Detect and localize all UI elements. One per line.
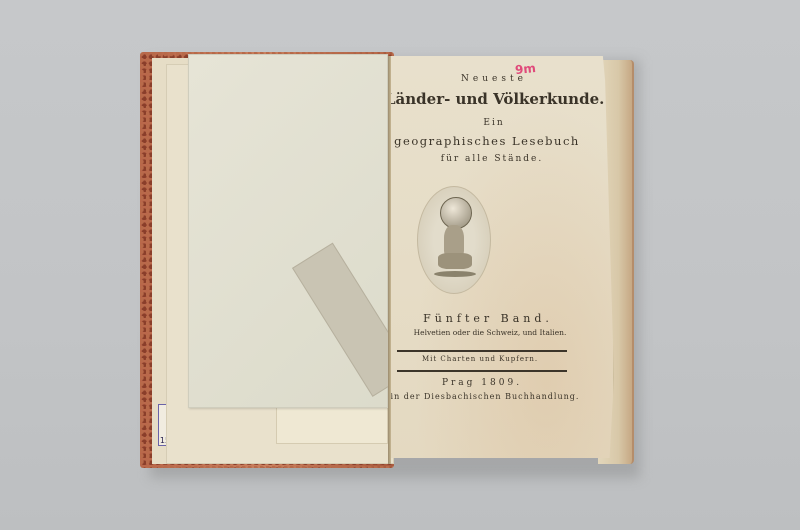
- atlas-base: [434, 271, 476, 277]
- audience-line: für alle Stände.: [397, 154, 587, 164]
- rule-top: [397, 350, 567, 352]
- publisher-line: in der Diesbachischen Buchhandlung.: [387, 392, 583, 401]
- maps-note: Mit Charten und Kupfern.: [385, 355, 575, 363]
- volume-line: Fünfter Band.: [393, 312, 583, 325]
- ein-line: Ein: [399, 118, 589, 128]
- rule-bottom: [397, 370, 567, 372]
- place-year: Prag 1809.: [387, 378, 577, 388]
- pre-title: Neueste: [399, 74, 589, 84]
- subtitle: geographisches Lesebuch: [387, 134, 587, 148]
- atlas-legs: [438, 253, 472, 269]
- inserted-slip: [276, 404, 388, 444]
- title-page: 9m Neueste Länder- und Völkerkunde. Ein …: [391, 56, 614, 458]
- book-gutter: [388, 56, 391, 464]
- atlas-vignette: [417, 186, 491, 294]
- main-title: Länder- und Völkerkunde.: [385, 90, 585, 108]
- region-line: Helvetien oder die Schweiz, und Italien.: [395, 328, 585, 337]
